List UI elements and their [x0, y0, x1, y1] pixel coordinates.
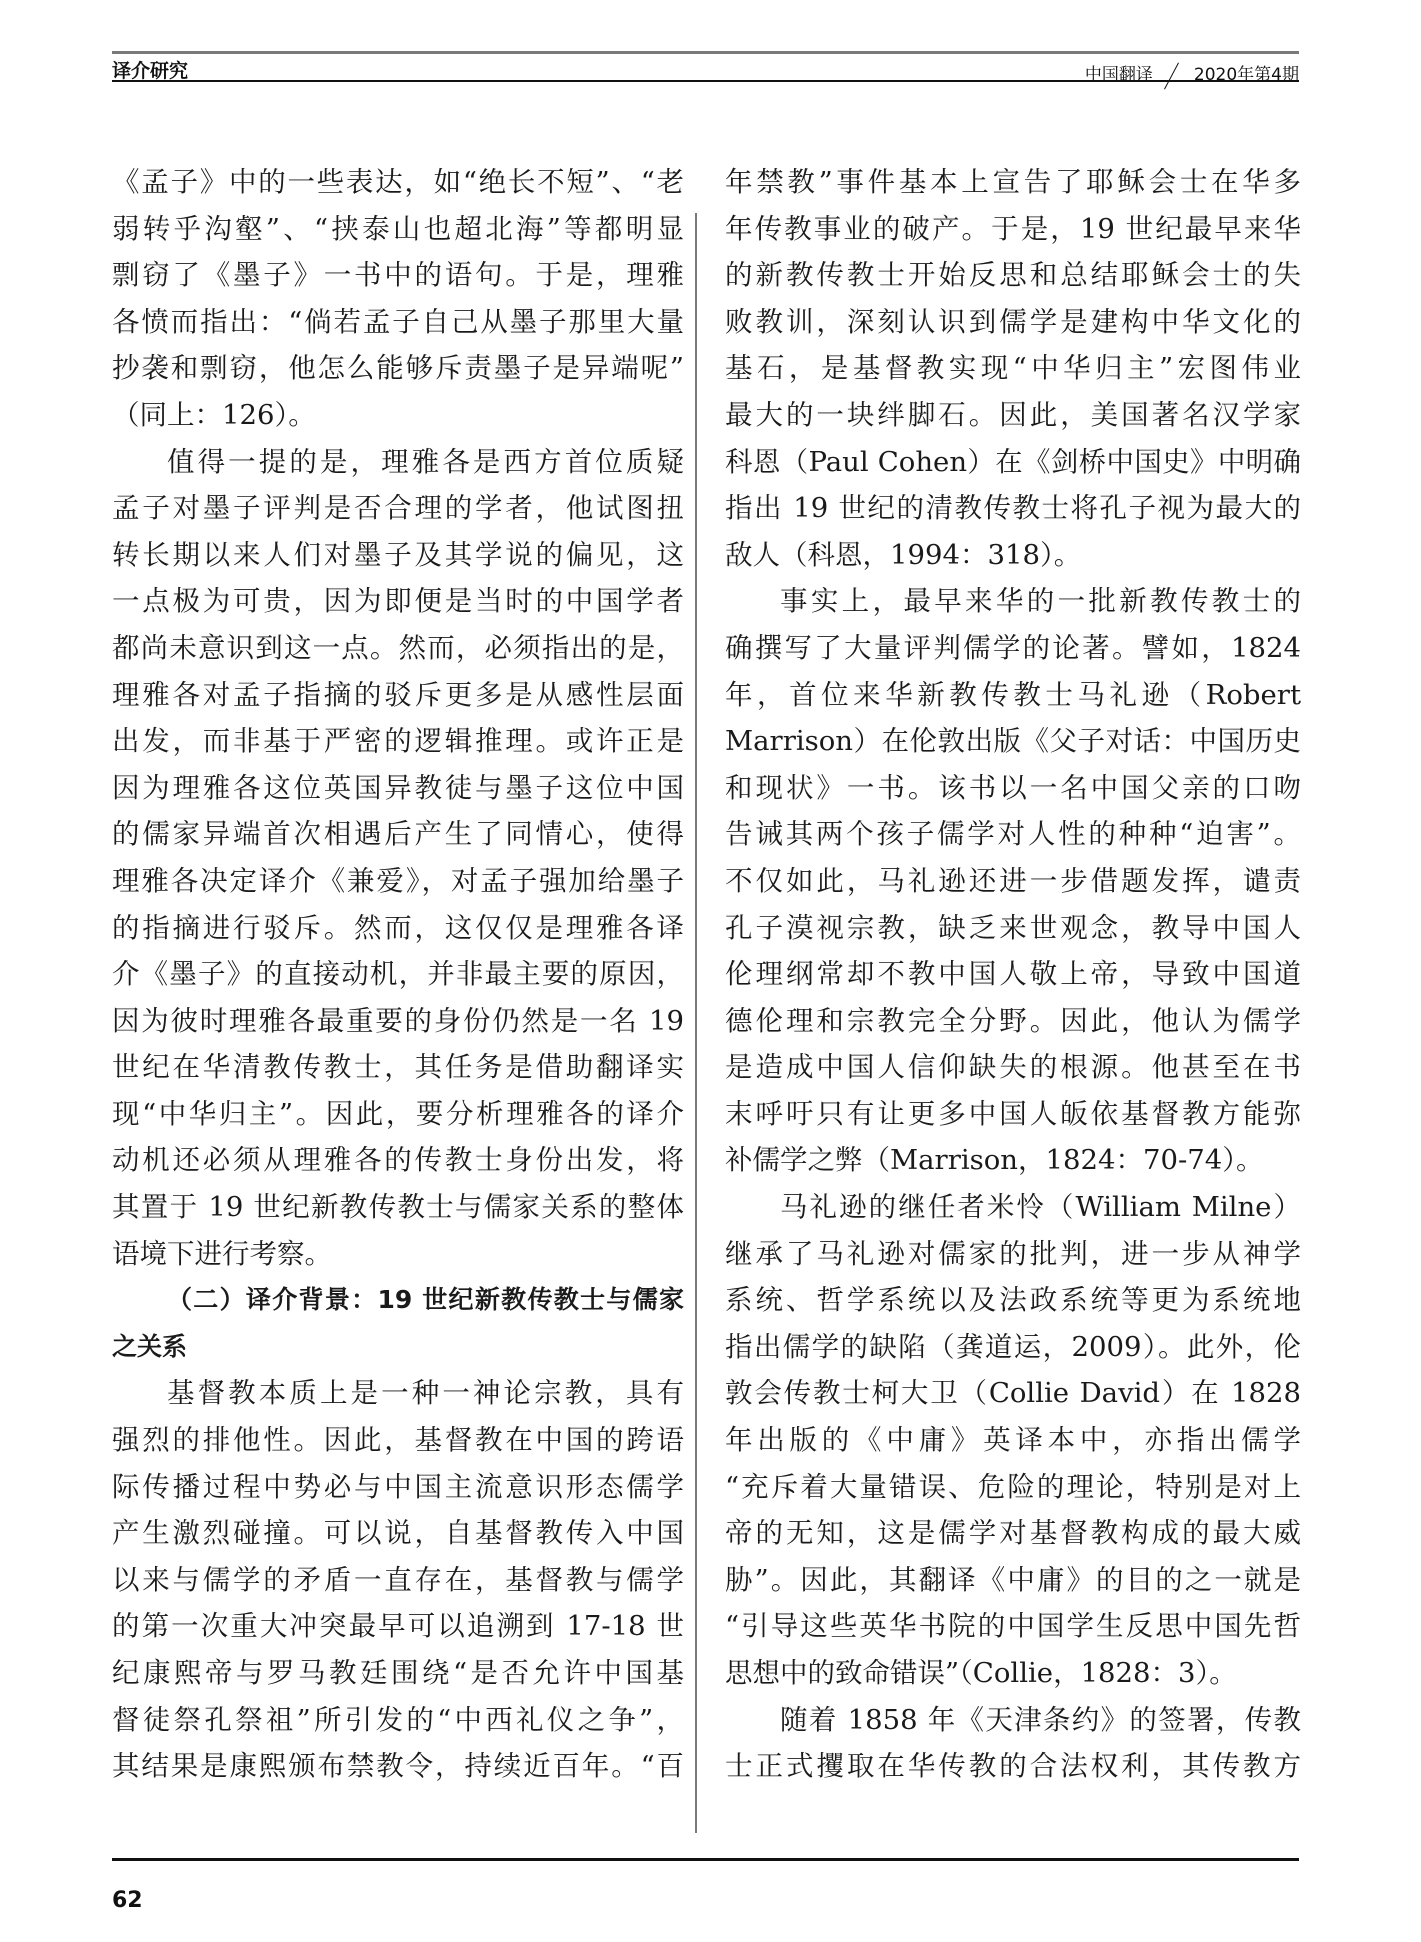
- text-line: 补儒学之弊（Marrison，1824：70-74）。: [725, 1137, 1301, 1184]
- text-line: 的指摘进行驳斥。然而，这仅仅是理雅各译: [112, 905, 684, 952]
- text-line: 强烈的排他性。因此，基督教在中国的跨语: [112, 1417, 684, 1464]
- text-line: 出发，而非基于严密的逻辑推理。或许正是: [112, 718, 684, 765]
- right-column: 年禁教”事件基本上宣告了耶稣会士在华多年传教事业的破产。于是，19 世纪最早来华…: [725, 159, 1301, 1790]
- text-line: 值得一提的是，理雅各是西方首位质疑: [112, 439, 684, 486]
- text-line: 告诫其两个孩子儒学对人性的种种“迫害”。: [725, 811, 1301, 858]
- text-line: 德伦理和宗教完全分野。因此，他认为儒学: [725, 998, 1301, 1045]
- text-line: 都尚未意识到这一点。然而，必须指出的是，: [112, 625, 684, 672]
- text-line: “引导这些英华书院的中国学生反思中国先哲: [725, 1603, 1301, 1650]
- text-line: 思想中的致命错误”（Collie，1828：3）。: [725, 1650, 1301, 1697]
- text-line: 孔子漠视宗教，缺乏来世观念，教导中国人: [725, 905, 1301, 952]
- text-line: “充斥着大量错误、危险的理论，特别是对上: [725, 1464, 1301, 1511]
- text-line: 胁”。因此，其翻译《中庸》的目的之一就是: [725, 1557, 1301, 1604]
- section-title: 译介研究: [112, 56, 188, 83]
- text-line: 科恩（Paul Cohen）在《剑桥中国史》中明确: [725, 439, 1301, 486]
- header-bottom-rule: [112, 80, 1299, 82]
- text-line: 转长期以来人们对墨子及其学说的偏见，这: [112, 532, 684, 579]
- text-line: 介《墨子》的直接动机，并非最主要的原因，: [112, 951, 684, 998]
- text-line: 末呼吁只有让更多中国人皈依基督教方能弥: [725, 1091, 1301, 1138]
- journal-info: 中国翻译 2020年第4期: [1085, 57, 1299, 87]
- text-line: 败教训，深刻认识到儒学是建构中华文化的: [725, 299, 1301, 346]
- left-column: 《孟子》中的一些表达，如“绝长不短”、“老弱转乎沟壑”、“挟泰山也超北海”等都明…: [112, 159, 684, 1790]
- text-line: 年出版的《中庸》英译本中，亦指出儒学: [725, 1417, 1301, 1464]
- text-line: 和现状》一书。该书以一名中国父亲的口吻: [725, 765, 1301, 812]
- section-heading-line: （二）译介背景：19 世纪新教传教士与儒家: [112, 1277, 684, 1324]
- text-line: 纪康熙帝与罗马教廷围绕“是否允许中国基: [112, 1650, 684, 1697]
- text-line: 弱转乎沟壑”、“挟泰山也超北海”等都明显: [112, 206, 684, 253]
- text-line: 年，首位来华新教传教士马礼逊（Robert: [725, 672, 1301, 719]
- text-line: 以来与儒学的矛盾一直存在，基督教与儒学: [112, 1557, 684, 1604]
- text-line: 的第一次重大冲突最早可以追溯到 17-18 世: [112, 1603, 684, 1650]
- text-line: 系统、哲学系统以及法政系统等更为系统地: [725, 1277, 1301, 1324]
- text-line: 的儒家异端首次相遇后产生了同情心，使得: [112, 811, 684, 858]
- header-top-rule: [112, 51, 1299, 54]
- text-line: 孟子对墨子评判是否合理的学者，他试图扭: [112, 485, 684, 532]
- text-line: 际传播过程中势必与中国主流意识形态儒学: [112, 1464, 684, 1511]
- text-line: 因为彼时理雅各最重要的身份仍然是一名 19: [112, 998, 684, 1045]
- text-line: 指出儒学的缺陷（龚道运，2009）。此外，伦: [725, 1324, 1301, 1371]
- text-line: 其置于 19 世纪新教传教士与儒家关系的整体: [112, 1184, 684, 1231]
- text-line: 指出 19 世纪的清教传教士将孔子视为最大的: [725, 485, 1301, 532]
- text-line: 确撰写了大量评判儒学的论著。譬如，1824: [725, 625, 1301, 672]
- page-number: 62: [112, 1888, 143, 1913]
- text-line: 年禁教”事件基本上宣告了耶稣会士在华多: [725, 159, 1301, 206]
- text-line: 继承了马礼逊对儒家的批判，进一步从神学: [725, 1231, 1301, 1278]
- text-line: 其结果是康熙颁布禁教令，持续近百年。“百: [112, 1743, 684, 1790]
- text-line: 敌人（科恩，1994：318）。: [725, 532, 1301, 579]
- text-line: 现“中华归主”。因此，要分析理雅各的译介: [112, 1091, 684, 1138]
- text-line: 敦会传教士柯大卫（Collie David）在 1828: [725, 1370, 1301, 1417]
- text-line: 马礼逊的继任者米怜（William Milne）: [725, 1184, 1301, 1231]
- text-line: 基石，是基督教实现“中华归主”宏图伟业: [725, 345, 1301, 392]
- text-line: 督徒祭孔祭祖”所引发的“中西礼仪之争”，: [112, 1697, 684, 1744]
- text-line: 语境下进行考察。: [112, 1231, 684, 1278]
- text-line: Marrison）在伦敦出版《父子对话：中国历史: [725, 718, 1301, 765]
- text-line: 是造成中国人信仰缺失的根源。他甚至在书: [725, 1044, 1301, 1091]
- section-heading-line: 之关系: [112, 1324, 684, 1371]
- slash-divider: [1164, 63, 1179, 90]
- text-line: 不仅如此，马礼逊还进一步借题发挥，谴责: [725, 858, 1301, 905]
- text-line: 剽窃了《墨子》一书中的语句。于是，理雅: [112, 252, 684, 299]
- text-line: 年传教事业的破产。于是，19 世纪最早来华: [725, 206, 1301, 253]
- text-line: 动机还必须从理雅各的传教士身份出发，将: [112, 1137, 684, 1184]
- footer-rule: [112, 1858, 1299, 1861]
- text-line: 帝的无知，这是儒学对基督教构成的最大威: [725, 1510, 1301, 1557]
- text-line: 随着 1858 年《天津条约》的签署，传教: [725, 1697, 1301, 1744]
- text-line: 理雅各对孟子指摘的驳斥更多是从感性层面: [112, 672, 684, 719]
- text-line: 最大的一块绊脚石。因此，美国著名汉学家: [725, 392, 1301, 439]
- text-line: 理雅各决定译介《兼爱》，对孟子强加给墨子: [112, 858, 684, 905]
- text-line: 世纪在华清教传教士，其任务是借助翻译实: [112, 1044, 684, 1091]
- text-line: 《孟子》中的一些表达，如“绝长不短”、“老: [112, 159, 684, 206]
- text-line: 的新教传教士开始反思和总结耶稣会士的失: [725, 252, 1301, 299]
- text-line: 各愤而指出：“倘若孟子自己从墨子那里大量: [112, 299, 684, 346]
- text-line: 伦理纲常却不教中国人敬上帝，导致中国道: [725, 951, 1301, 998]
- text-line: 士正式攫取在华传教的合法权利，其传教方: [725, 1743, 1301, 1790]
- text-line: 因为理雅各这位英国异教徒与墨子这位中国: [112, 765, 684, 812]
- text-line: 抄袭和剽窃，他怎么能够斥责墨子是异端呢”: [112, 345, 684, 392]
- column-divider: [695, 213, 697, 1833]
- text-line: 一点极为可贵，因为即便是当时的中国学者: [112, 578, 684, 625]
- text-line: 事实上，最早来华的一批新教传教士的: [725, 578, 1301, 625]
- text-line: 产生激烈碰撞。可以说，自基督教传入中国: [112, 1510, 684, 1557]
- text-line: （同上：126）。: [112, 392, 684, 439]
- text-line: 基督教本质上是一种一神论宗教，具有: [112, 1370, 684, 1417]
